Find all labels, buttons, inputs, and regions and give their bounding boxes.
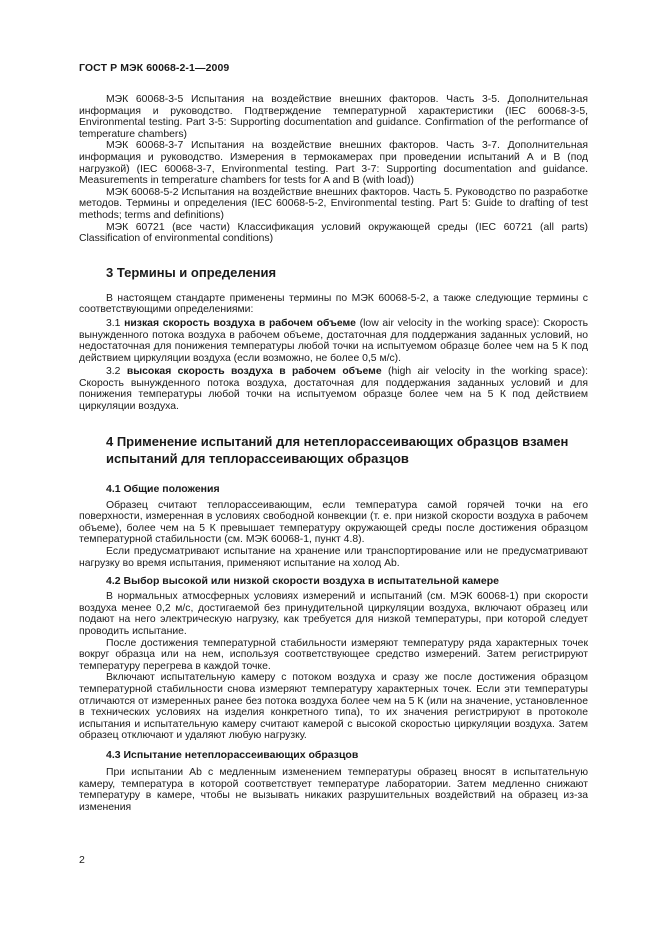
paragraph: Если предусматривают испытание на хранен… bbox=[79, 546, 588, 569]
paragraph: При испытании Ab с медленным изменением … bbox=[79, 767, 588, 813]
normative-references: МЭК 60068-3-5 Испытания на воздействие в… bbox=[79, 94, 588, 245]
paragraph: В нормальных атмосферных условиях измере… bbox=[79, 591, 588, 637]
running-header: ГОСТ Р МЭК 60068-2-1—2009 bbox=[79, 62, 588, 74]
subsection-4-3-heading: 4.3 Испытание нетеплорассеивающих образц… bbox=[79, 749, 588, 762]
paragraph: После достижения температурной стабильно… bbox=[79, 638, 588, 673]
term-number: 3.1 bbox=[106, 318, 124, 329]
term-3-1: 3.1 низкая скорость воздуха в рабочем об… bbox=[79, 318, 588, 364]
document-page: ГОСТ Р МЭК 60068-2-1—2009 МЭК 60068-3-5 … bbox=[79, 62, 588, 813]
subsection-4-1-heading: 4.1 Общие положения bbox=[79, 483, 588, 496]
reference-item: МЭК 60721 (все части) Классификация усло… bbox=[79, 222, 588, 245]
term-name: низкая скорость воздуха в рабочем объеме bbox=[124, 318, 356, 329]
reference-item: МЭК 60068-5-2 Испытания на воздействие в… bbox=[79, 187, 588, 222]
term-name: высокая скорость воздуха в рабочем объем… bbox=[127, 366, 382, 377]
term-number: 3.2 bbox=[106, 366, 127, 377]
section-3-intro: В настоящем стандарте применены термины … bbox=[79, 293, 588, 316]
subsection-4-2-heading: 4.2 Выбор высокой или низкой скорости во… bbox=[79, 575, 588, 588]
page-number: 2 bbox=[79, 854, 85, 866]
paragraph: Образец считают теплорассеивающим, если … bbox=[79, 500, 588, 546]
section-4-heading: 4 Применение испытаний для нетеплорассеи… bbox=[79, 433, 588, 467]
term-3-2: 3.2 высокая скорость воздуха в рабочем о… bbox=[79, 366, 588, 412]
reference-item: МЭК 60068-3-7 Испытания на воздействие в… bbox=[79, 140, 588, 186]
section-3-heading: 3 Термины и определения bbox=[79, 265, 588, 281]
reference-item: МЭК 60068-3-5 Испытания на воздействие в… bbox=[79, 94, 588, 140]
paragraph: Включают испытательную камеру с потоком … bbox=[79, 672, 588, 742]
